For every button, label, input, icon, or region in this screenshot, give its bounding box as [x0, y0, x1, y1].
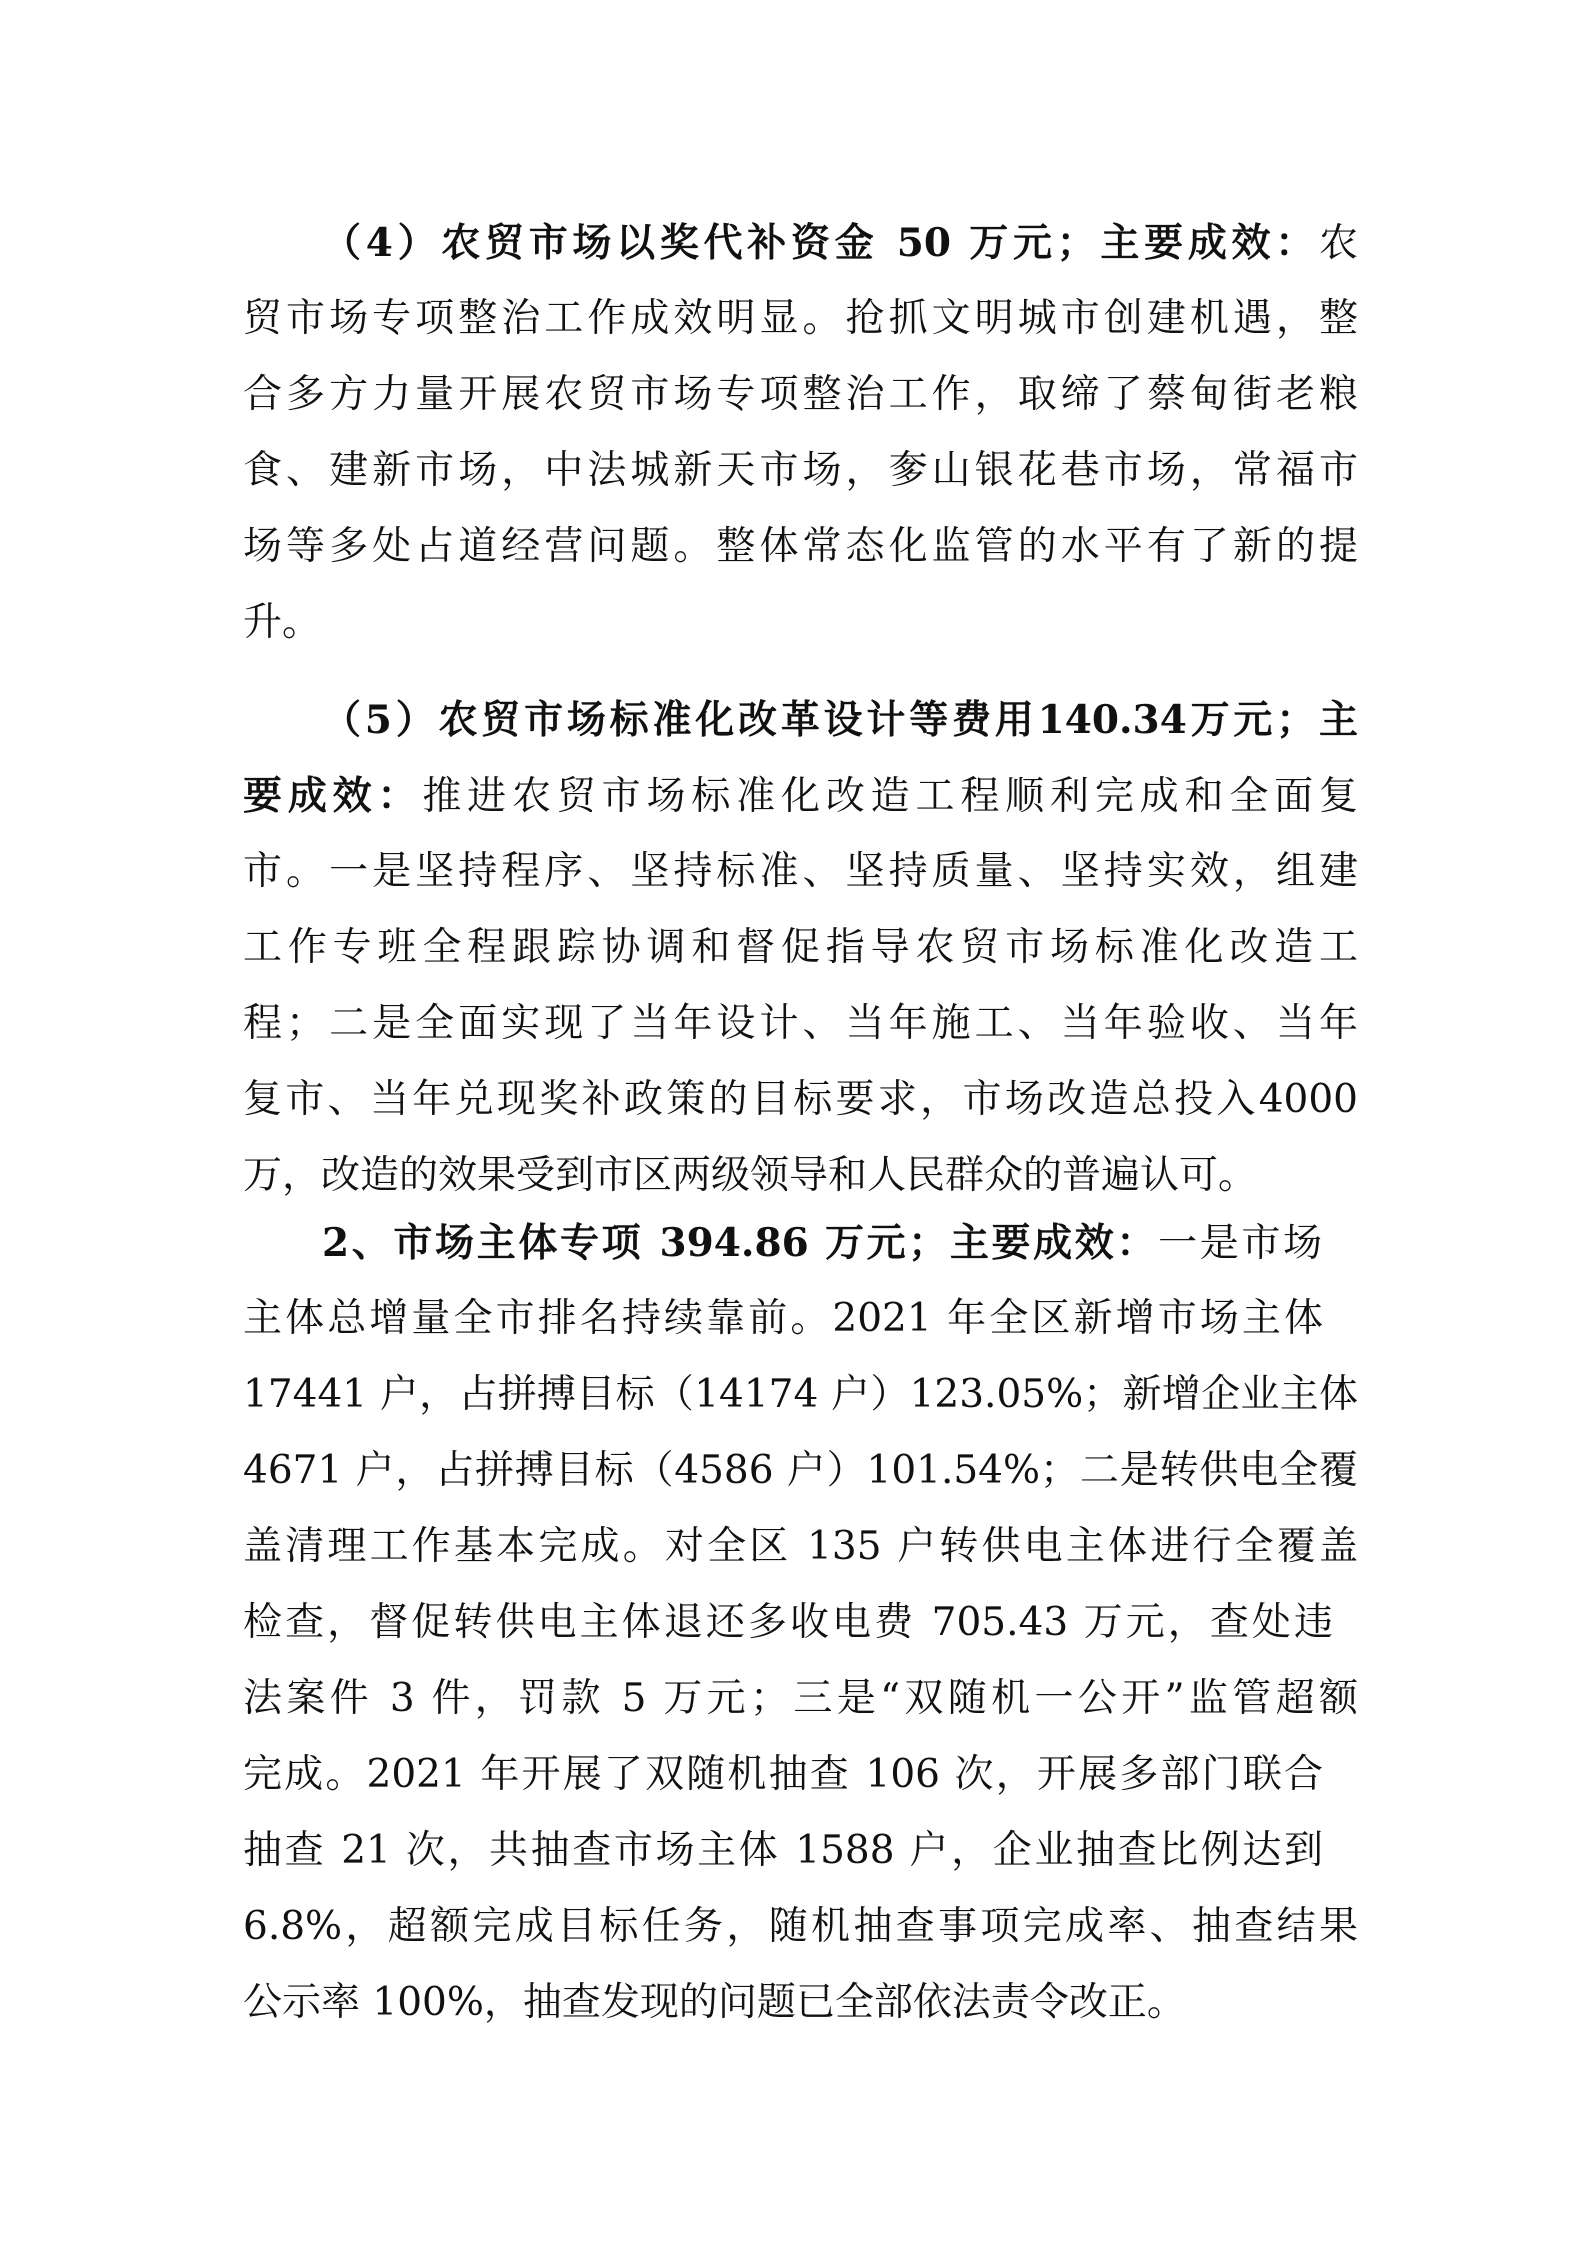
text-line: 主体总增量全市排名持续靠前。2021 年全区新增市场主体 [243, 1289, 1323, 1349]
text-line: 6.8%，超额完成目标任务，随机抽查事项完成率、抽查结果 [243, 1897, 1358, 1957]
text-line: 法案件 3 件，罚款 5 万元；三是“双随机一公开”监管超额 [243, 1669, 1358, 1729]
text-line: 贸市场专项整治工作成效明显。抢抓文明城市创建机遇，整 [243, 289, 1358, 349]
bold-heading: 2、市场主体专项 394.86 万元；主要成效： [322, 1220, 1158, 1266]
body-text: 一是市场 [1158, 1221, 1322, 1266]
text-line: 盖清理工作基本完成。对全区 135 户转供电主体进行全覆盖 [243, 1517, 1358, 1577]
bold-heading: （4）农贸市场以奖代补资金 50 万元；主要成效： [322, 220, 1319, 266]
text-line: 万，改造的效果受到市区两级领导和人民群众的普遍认可。 [243, 1146, 1358, 1206]
text-line: （5）农贸市场标准化改革设计等费用140.34万元；主 [322, 690, 1358, 750]
document-page: （4）农贸市场以奖代补资金 50 万元；主要成效：农 贸市场专项整治工作成效明显… [0, 0, 1588, 2245]
text-line: 要成效：推进农贸市场标准化改造工程顺利完成和全面复 [243, 766, 1358, 826]
text-line: 升。 [243, 593, 1358, 653]
text-line: 17441 户，占拼搏目标（14174 户）123.05%；新增企业主体 [243, 1365, 1358, 1425]
body-text: 农 [1319, 221, 1358, 266]
bold-heading: （5）农贸市场标准化改革设计等费用140.34万元；主 [322, 697, 1358, 743]
text-line: 检查，督促转供电主体退还多收电费 705.43 万元，查处违 [243, 1593, 1333, 1653]
text-line: 复市、当年兑现奖补政策的目标要求，市场改造总投入4000 [243, 1070, 1358, 1130]
text-line: 完成。2021 年开展了双随机抽查 106 次，开展多部门联合 [243, 1745, 1323, 1805]
text-line: 食、建新市场，中法城新天市场，奓山银花巷市场，常福市 [243, 441, 1358, 501]
text-line: 2、市场主体专项 394.86 万元；主要成效：一是市场 [322, 1213, 1322, 1273]
text-line: 工作专班全程跟踪协调和督促指导农贸市场标准化改造工 [243, 918, 1358, 978]
text-line: 合多方力量开展农贸市场专项整治工作，取缔了蔡甸街老粮 [243, 365, 1358, 425]
bold-heading: 要成效： [243, 773, 422, 819]
text-line: 4671 户，占拼搏目标（4586 户）101.54%；二是转供电全覆 [243, 1441, 1358, 1501]
text-line: 公示率 100%，抽查发现的问题已全部依法责令改正。 [243, 1973, 1358, 2033]
text-line: 市。一是坚持程序、坚持标准、坚持质量、坚持实效，组建 [243, 842, 1358, 902]
text-line: 抽查 21 次，共抽查市场主体 1588 户，企业抽查比例达到 [243, 1821, 1323, 1881]
text-line: 程；二是全面实现了当年设计、当年施工、当年验收、当年 [243, 994, 1358, 1054]
text-line: （4）农贸市场以奖代补资金 50 万元；主要成效：农 [322, 213, 1358, 273]
body-text: 推进农贸市场标准化改造工程顺利完成和全面复 [422, 774, 1358, 819]
text-line: 场等多处占道经营问题。整体常态化监管的水平有了新的提 [243, 517, 1358, 577]
